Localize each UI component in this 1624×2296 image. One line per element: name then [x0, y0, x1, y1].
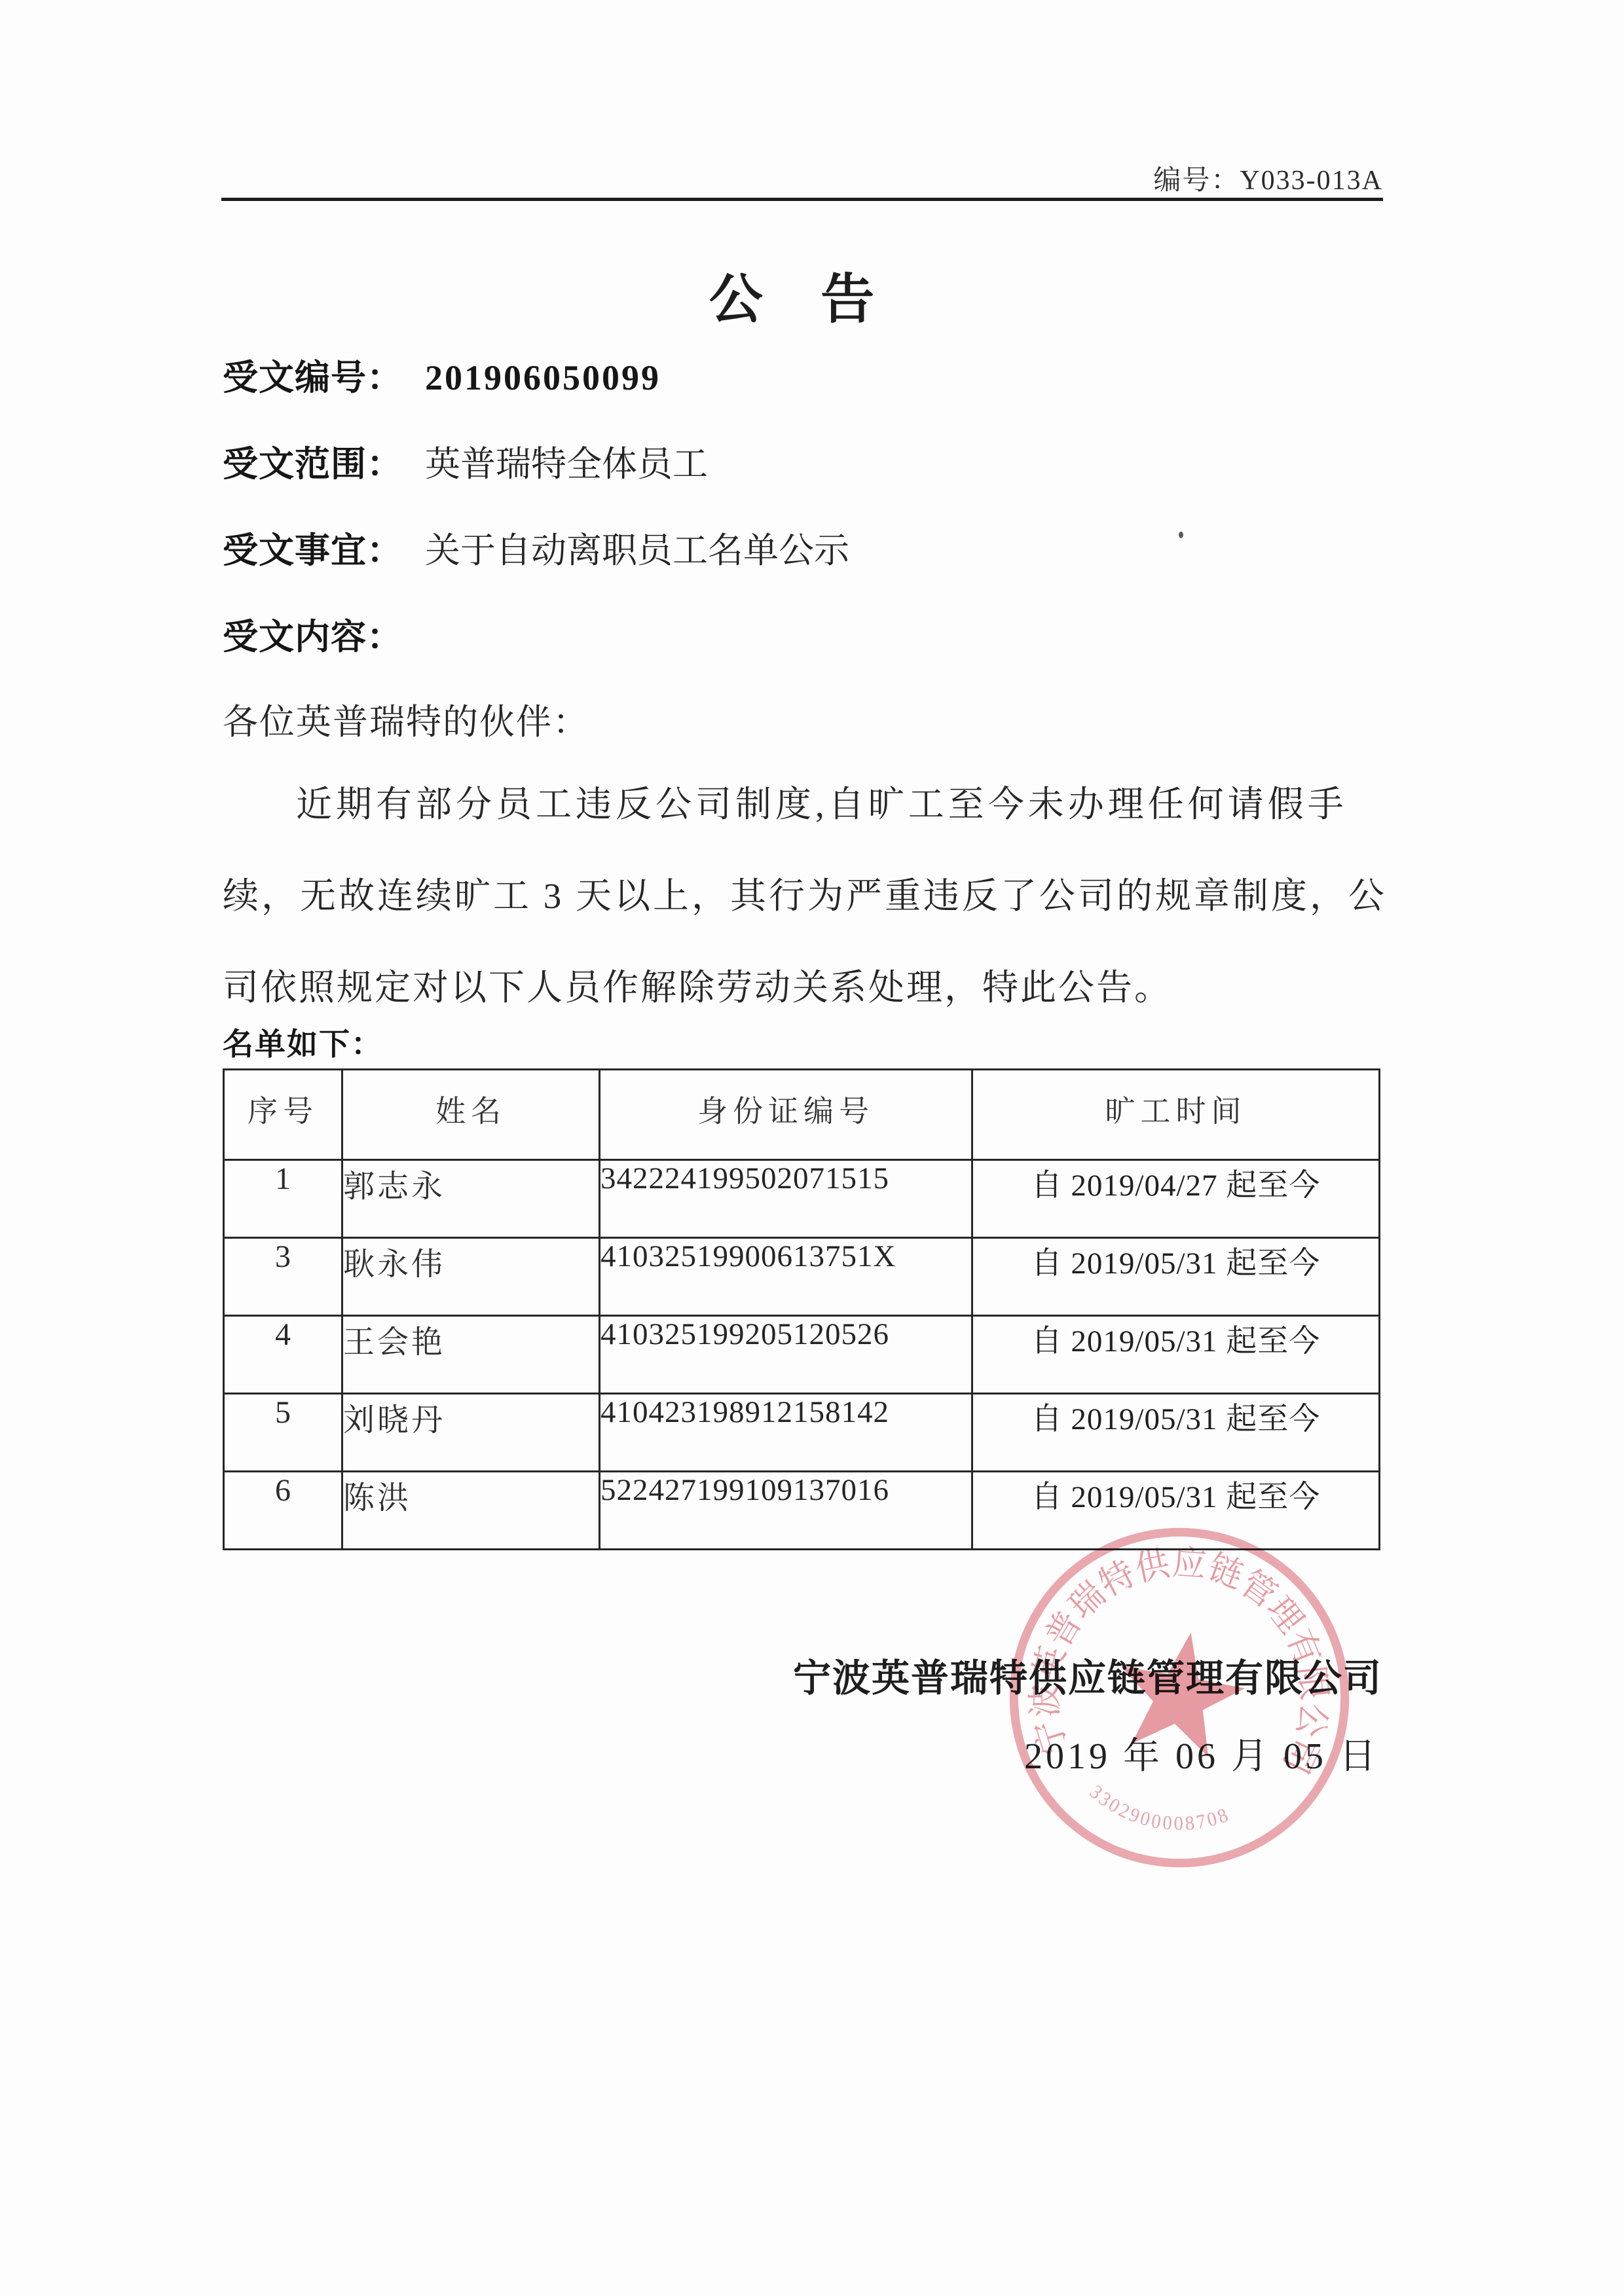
field-recv-no-value: 201906050099 [425, 358, 661, 397]
cell-id: 410423198912158142 [600, 1394, 972, 1472]
cell-period: 自 2019/05/31 起至今 [972, 1238, 1380, 1316]
cell-name: 耿永伟 [342, 1238, 600, 1316]
body-paragraph-line-3: 司依照规定对以下人员作解除劳动关系处理，特此公告。 [223, 958, 1388, 1010]
field-recv-no-label: 受文编号： [223, 358, 403, 397]
seal-star-icon [1108, 1622, 1253, 1761]
svg-text:3302900008708: 3302900008708 [1082, 1779, 1237, 1846]
cell-no: 4 [224, 1316, 342, 1394]
cell-name: 王会艳 [342, 1316, 600, 1394]
table-body: 1 郭志永 342224199502071515 自 2019/04/27 起至… [224, 1160, 1380, 1550]
cell-no: 6 [224, 1472, 342, 1550]
cell-period: 自 2019/05/31 起至今 [972, 1394, 1380, 1472]
field-recv-topic-label: 受文事宜： [223, 531, 403, 570]
field-recv-scope-value: 英普瑞特全体员工 [425, 445, 708, 484]
field-recv-scope: 受文范围：英普瑞特全体员工 [223, 436, 708, 486]
cell-name: 刘晓丹 [342, 1394, 600, 1472]
scan-speck [1179, 532, 1183, 538]
cell-period: 自 2019/04/27 起至今 [972, 1160, 1380, 1238]
table-row: 5 刘晓丹 410423198912158142 自 2019/05/31 起至… [224, 1394, 1380, 1472]
field-recv-body-label: 受文内容： [223, 617, 403, 657]
absentee-table: 序号 姓名 身份证编号 旷工时间 1 郭志永 34222419950207151… [223, 1068, 1380, 1550]
cell-id: 342224199502071515 [600, 1160, 972, 1238]
col-header-name: 姓名 [342, 1070, 600, 1160]
company-seal-stamp: 宁波英普瑞特供应链管理有限公司 3302900008708 [965, 1483, 1394, 1912]
field-recv-topic-value: 关于自动离职员工名单公示 [425, 531, 849, 570]
body-paragraph-line-1: 近期有部分员工违反公司制度,自旷工至今未办理任何请假手 [223, 775, 1388, 827]
doc-number: 编号：Y033-013A [1153, 158, 1383, 198]
cell-name: 郭志永 [342, 1160, 600, 1238]
header-divider [221, 198, 1383, 201]
announcement-document: 编号：Y033-013A 公 告 受文编号：201906050099 受文范围：… [0, 0, 1624, 2296]
doc-number-value: Y033-013A [1240, 166, 1383, 196]
salutation: 各位英普瑞特的伙伴： [223, 694, 589, 744]
cell-id: 410325199205120526 [600, 1316, 972, 1394]
seal-serial-number: 3302900008708 [1082, 1779, 1237, 1846]
list-intro: 名单如下： [223, 1020, 383, 1064]
cell-id: 522427199109137016 [600, 1472, 972, 1550]
table-row: 3 耿永伟 41032519900613751X 自 2019/05/31 起至… [224, 1238, 1380, 1316]
field-recv-no: 受文编号：201906050099 [223, 350, 661, 400]
field-recv-topic: 受文事宜：关于自动离职员工名单公示 [223, 522, 849, 573]
doc-number-label: 编号： [1153, 166, 1240, 196]
col-header-period: 旷工时间 [972, 1070, 1380, 1160]
body-paragraph-line-2: 续，无故连续旷工 3 天以上，其行为严重违反了公司的规章制度，公 [223, 867, 1388, 919]
col-header-index: 序号 [224, 1070, 342, 1160]
cell-name: 陈洪 [342, 1472, 600, 1550]
table-row: 1 郭志永 342224199502071515 自 2019/04/27 起至… [224, 1160, 1380, 1238]
table-row: 4 王会艳 410325199205120526 自 2019/05/31 起至… [224, 1316, 1380, 1394]
cell-period: 自 2019/05/31 起至今 [972, 1316, 1380, 1394]
page-title: 公 告 [223, 257, 1383, 333]
col-header-id: 身份证编号 [600, 1070, 972, 1160]
cell-no: 5 [224, 1394, 342, 1472]
cell-id: 41032519900613751X [600, 1238, 972, 1316]
field-recv-body: 受文内容： [223, 609, 403, 659]
cell-no: 1 [224, 1160, 342, 1238]
field-recv-scope-label: 受文范围： [223, 445, 403, 484]
cell-no: 3 [224, 1238, 342, 1316]
table-header-row: 序号 姓名 身份证编号 旷工时间 [224, 1070, 1380, 1160]
